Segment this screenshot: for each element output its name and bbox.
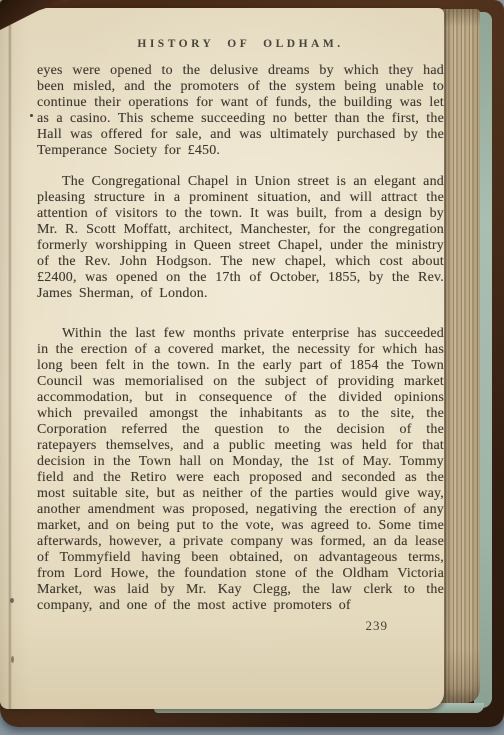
page-fore-edge-stack: [438, 9, 480, 703]
page-number: 239: [37, 618, 444, 634]
book-photo-scene: HISTORY OF OLDHAM. eyes were opened to t…: [0, 0, 504, 735]
ink-speck: [10, 598, 14, 603]
running-header: HISTORY OF OLDHAM.: [37, 38, 444, 50]
printed-text-block: HISTORY OF OLDHAM. eyes were opened to t…: [37, 38, 444, 634]
ink-speck: [30, 114, 33, 117]
ink-speck: [11, 656, 14, 663]
page-gutter-shadow: [8, 8, 12, 709]
paragraph: The Congregational Chapel in Union stree…: [37, 174, 444, 302]
paragraph: Within the last few months private enter…: [37, 326, 444, 614]
paragraph: eyes were opened to the delusive dreams …: [37, 63, 444, 159]
book-page: HISTORY OF OLDHAM. eyes were opened to t…: [0, 8, 444, 709]
